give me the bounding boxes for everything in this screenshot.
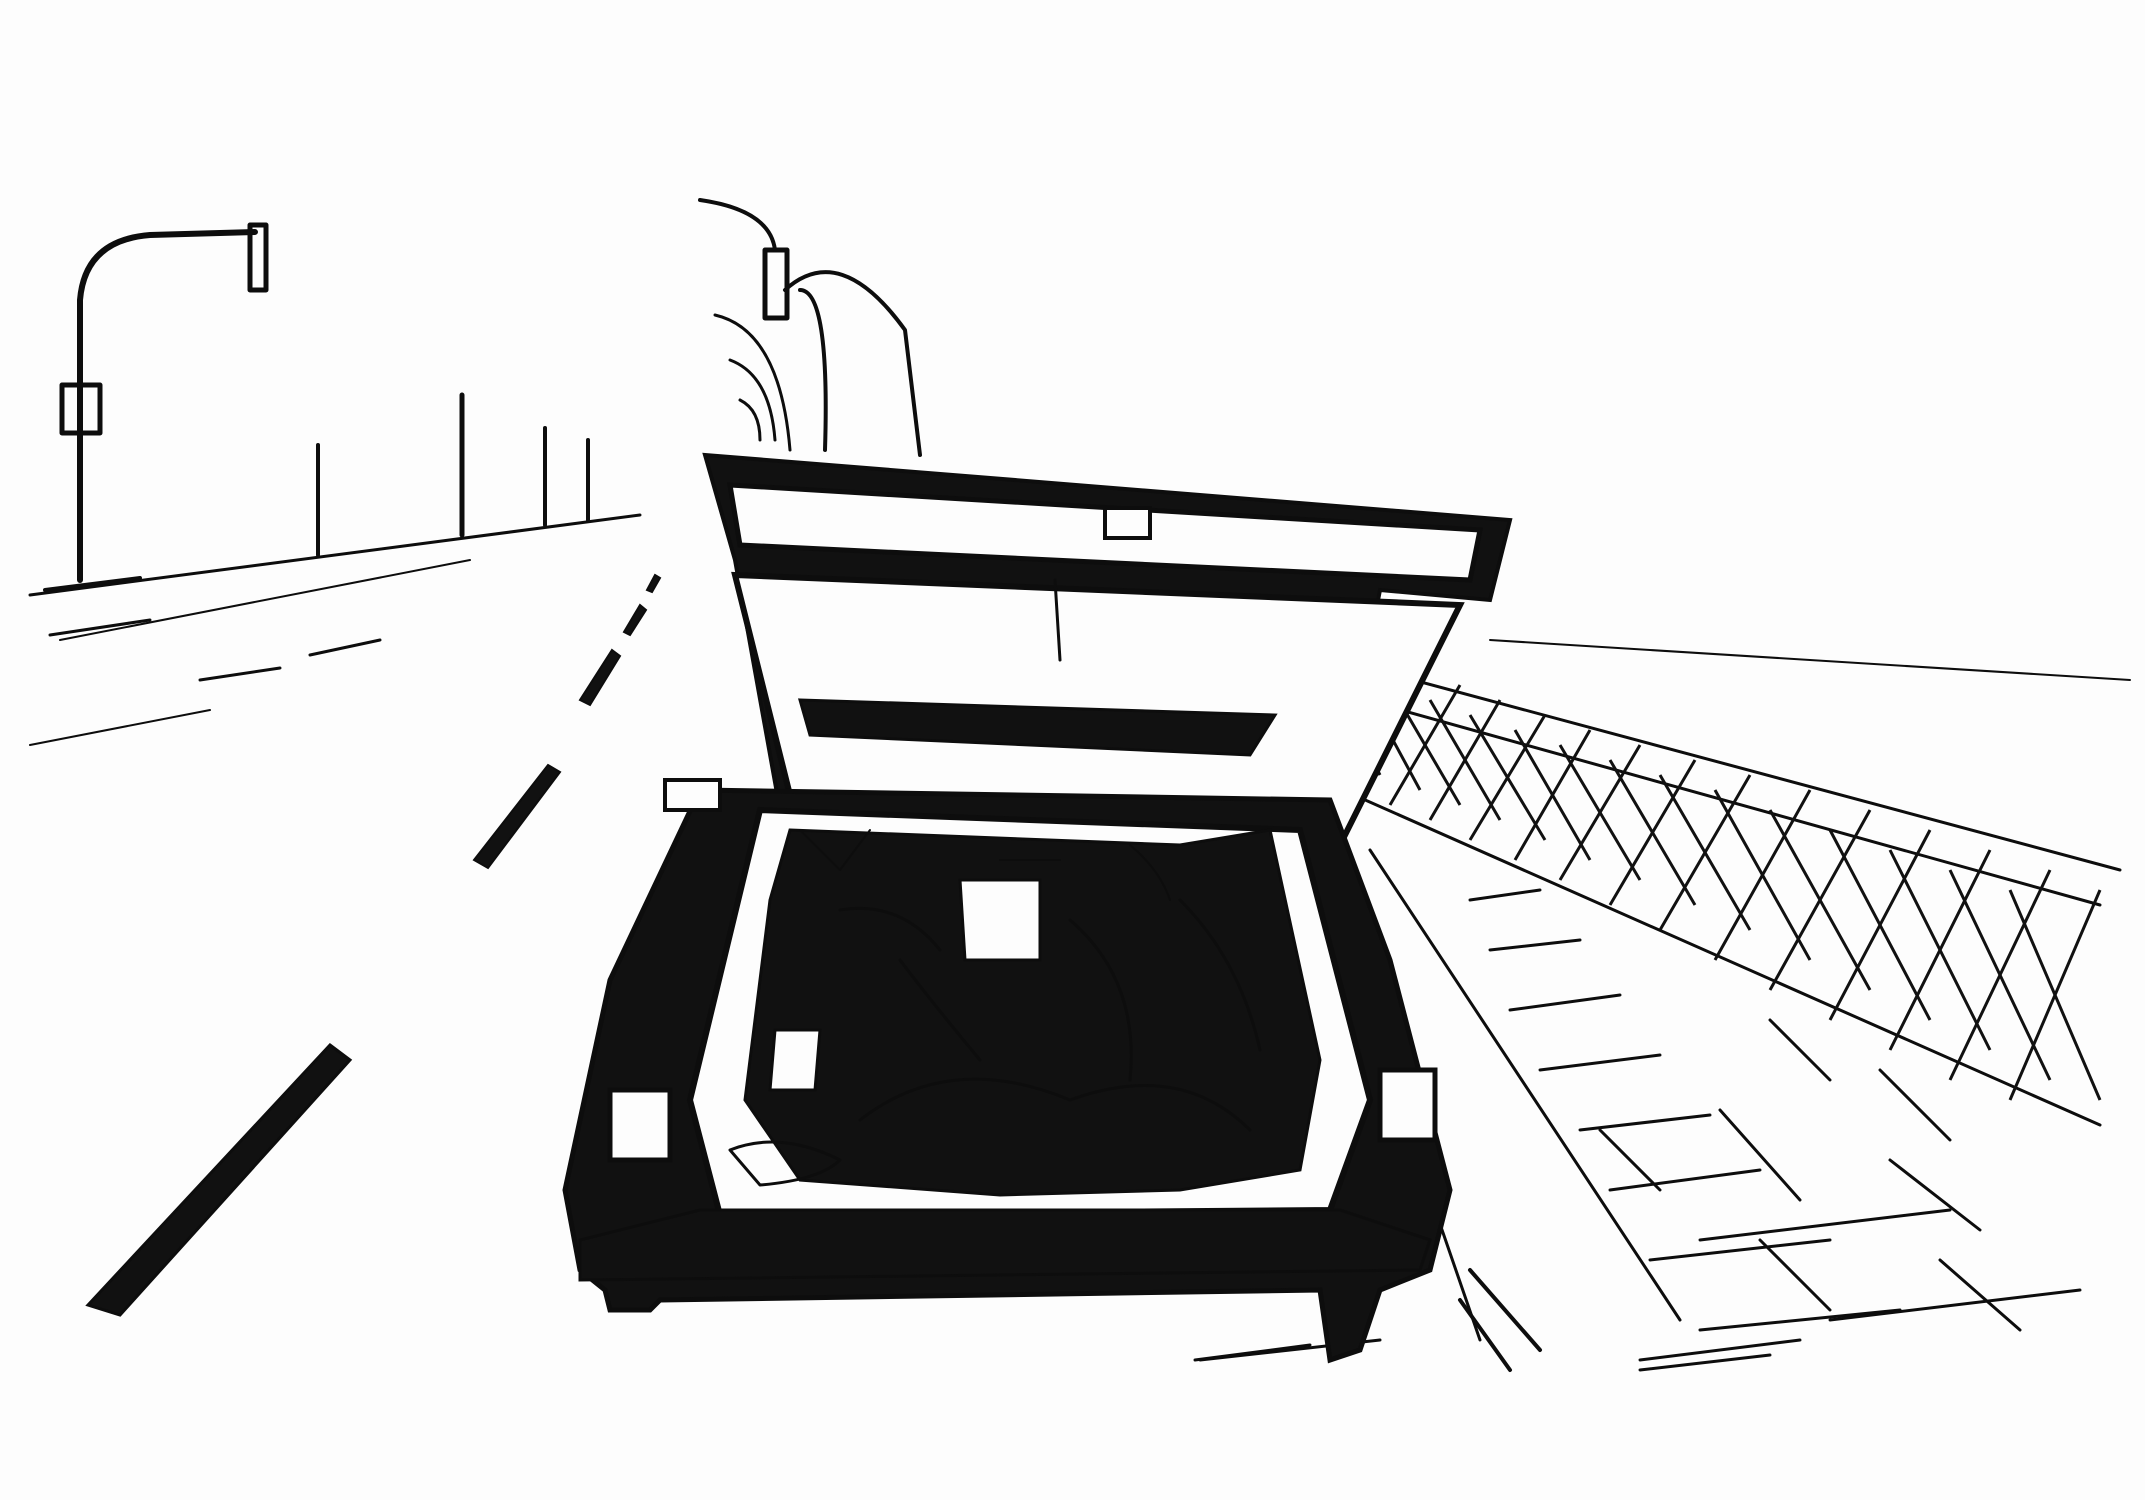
street-lamp-left — [45, 225, 266, 590]
distant-posts — [318, 395, 588, 555]
trunk-cargo — [730, 830, 1320, 1195]
traffic-lights — [700, 200, 920, 455]
ink-drawing — [0, 0, 2145, 1500]
artwork-canvas: Black ink drawing of a station wagon par… — [0, 0, 2145, 1500]
